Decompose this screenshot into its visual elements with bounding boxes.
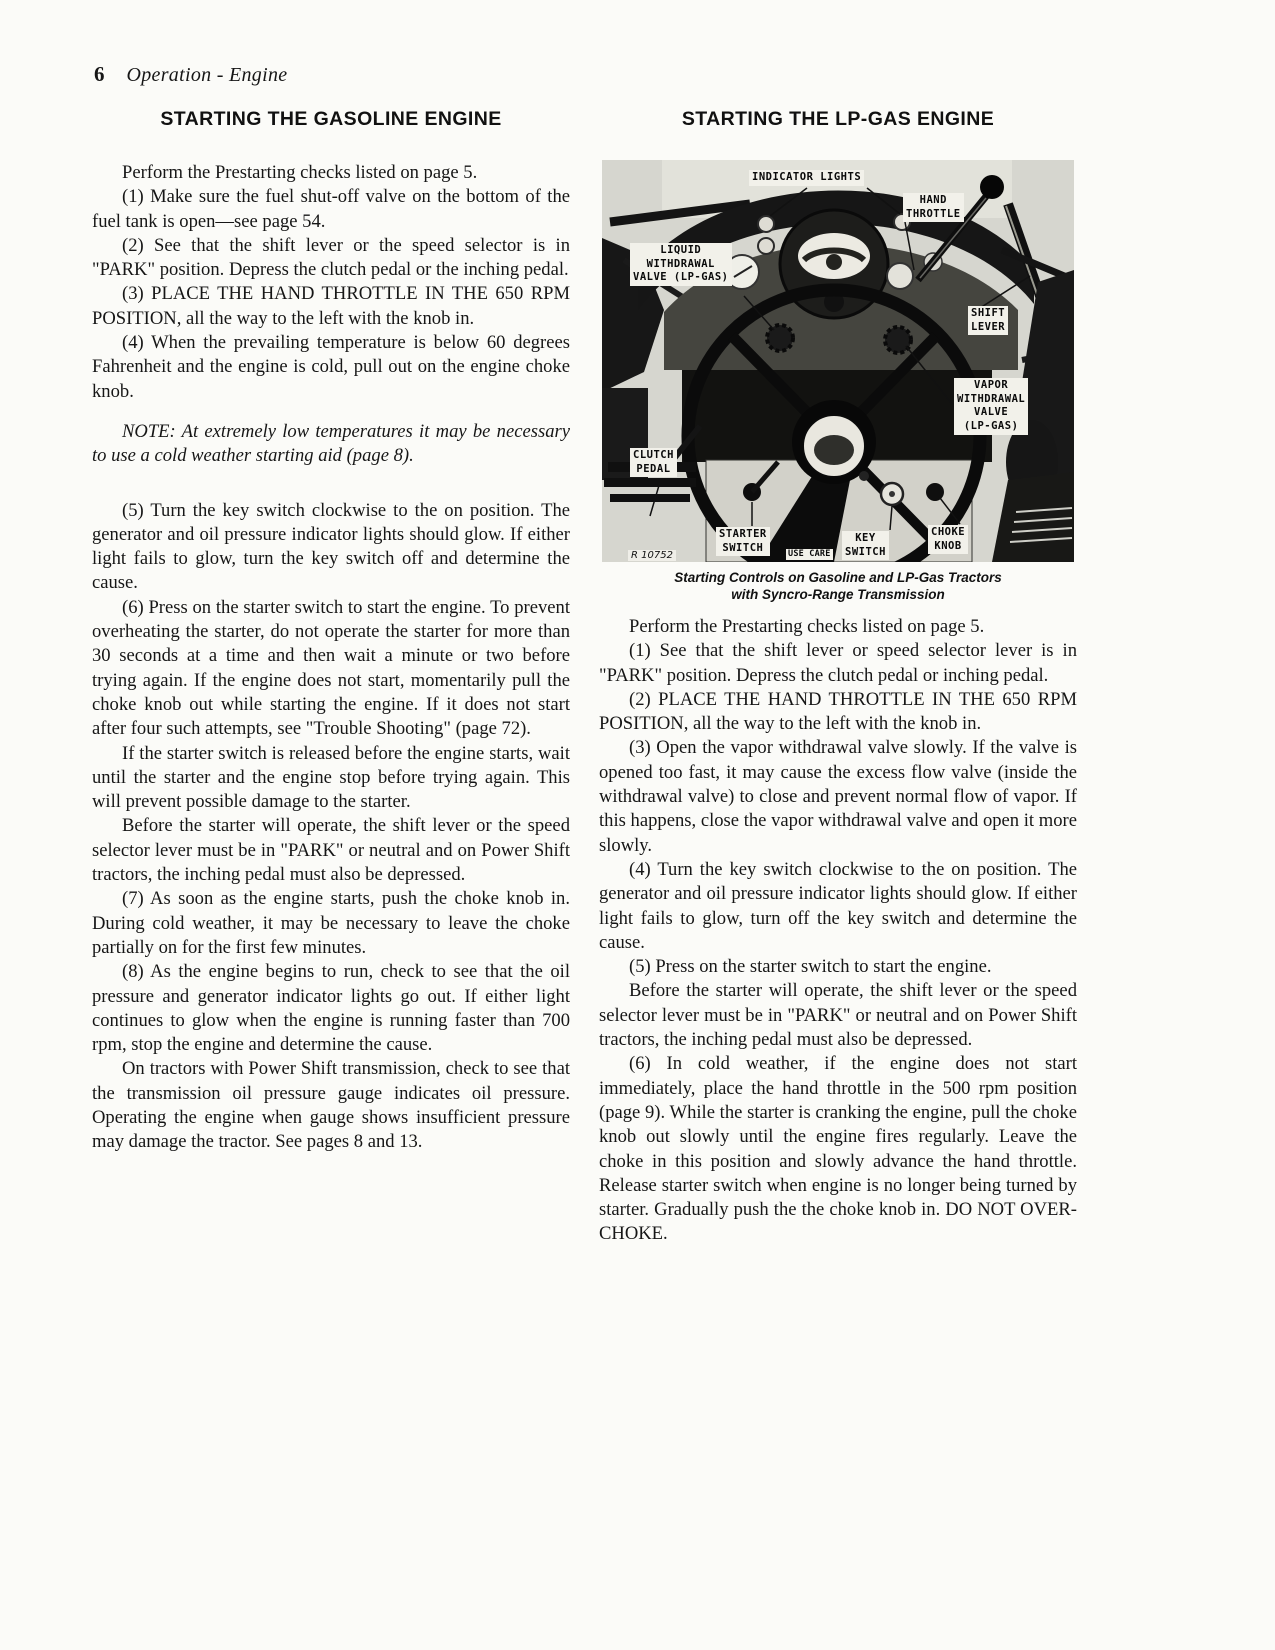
paragraph: If the starter switch is released before… — [92, 742, 570, 815]
paragraph: Before the starter will operate, the shi… — [92, 814, 570, 887]
label-key-switch: KEY SWITCH — [842, 531, 889, 560]
paragraph: (1) Make sure the fuel shut-off valve on… — [92, 185, 570, 234]
figure-caption-line1: Starting Controls on Gasoline and LP-Gas… — [599, 570, 1077, 587]
label-use-care-decal: USE CARE — [786, 549, 833, 560]
paragraph: (6) Press on the starter switch to start… — [92, 596, 570, 742]
paragraph: (4) When the prevailing temperature is b… — [92, 331, 570, 404]
paragraph: (5) Press on the starter switch to start… — [599, 955, 1077, 979]
note-paragraph: NOTE: At extremely low temperatures it m… — [92, 420, 570, 469]
paragraph: On tractors with Power Shift transmissio… — [92, 1057, 570, 1154]
page-header-title: Operation - Engine — [127, 64, 288, 87]
paragraph: (2) PLACE THE HAND THROTTLE IN THE 650 R… — [599, 688, 1077, 737]
manual-page: { "page": { "number": "6", "header": "Op… — [0, 0, 1275, 1650]
paragraph: (7) As soon as the engine starts, push t… — [92, 887, 570, 960]
label-shift-lever: SHIFT LEVER — [968, 306, 1008, 335]
paragraph: Perform the Prestarting checks listed on… — [599, 615, 1077, 639]
paragraph: (3) Open the vapor withdrawal valve slow… — [599, 736, 1077, 857]
label-hand-throttle: HAND THROTTLE — [903, 193, 964, 222]
paragraph: (2) See that the shift lever or the spee… — [92, 234, 570, 283]
photo-id: R 10752 — [628, 550, 676, 561]
paragraph: Before the starter will operate, the shi… — [599, 979, 1077, 1052]
page-header: 6 Operation - Engine — [94, 62, 287, 87]
figure-caption-line2: with Syncro-Range Transmission — [599, 587, 1077, 604]
right-column-heading: STARTING THE LP-GAS ENGINE — [599, 108, 1077, 131]
liquid-withdrawal-valve — [767, 325, 793, 351]
vapor-withdrawal-valve — [885, 327, 911, 353]
instrument-cluster — [780, 210, 888, 318]
paragraph: (1) See that the shift lever or speed se… — [599, 639, 1077, 688]
left-column-body: Perform the Prestarting checks listed on… — [92, 161, 570, 1155]
starting-controls-figure: INDICATOR LIGHTS HAND THROTTLE LIQUID WI… — [602, 160, 1074, 562]
paragraph: Perform the Prestarting checks listed on… — [92, 161, 570, 185]
left-column-heading: STARTING THE GASOLINE ENGINE — [92, 108, 570, 131]
page-number: 6 — [94, 62, 105, 87]
right-column-body: Perform the Prestarting checks listed on… — [599, 615, 1077, 1247]
label-liquid-withdrawal-valve: LIQUID WITHDRAWAL VALVE (LP-GAS) — [630, 243, 732, 286]
right-column: STARTING THE LP-GAS ENGINE — [599, 108, 1077, 1247]
paragraph: (6) In cold weather, if the engine does … — [599, 1052, 1077, 1246]
paragraph: (4) Turn the key switch clockwise to the… — [599, 858, 1077, 955]
paragraph: (8) As the engine begins to run, check t… — [92, 960, 570, 1057]
label-choke-knob: CHOKE KNOB — [928, 525, 968, 554]
label-indicator-lights: INDICATOR LIGHTS — [749, 170, 864, 186]
paragraph: (5) Turn the key switch clockwise to the… — [92, 499, 570, 596]
label-starter-switch: STARTER SWITCH — [716, 527, 770, 556]
left-column: STARTING THE GASOLINE ENGINE Perform the… — [92, 108, 570, 1155]
choke-knob-control — [926, 483, 944, 501]
figure-caption: Starting Controls on Gasoline and LP-Gas… — [599, 570, 1077, 603]
paragraph: (3) PLACE THE HAND THROTTLE IN THE 650 R… — [92, 282, 570, 331]
label-vapor-withdrawal-valve: VAPOR WITHDRAWAL VALVE (LP-GAS) — [954, 378, 1028, 435]
label-clutch-pedal: CLUTCH PEDAL — [630, 448, 677, 477]
tractor-controls-photo — [602, 160, 1074, 562]
